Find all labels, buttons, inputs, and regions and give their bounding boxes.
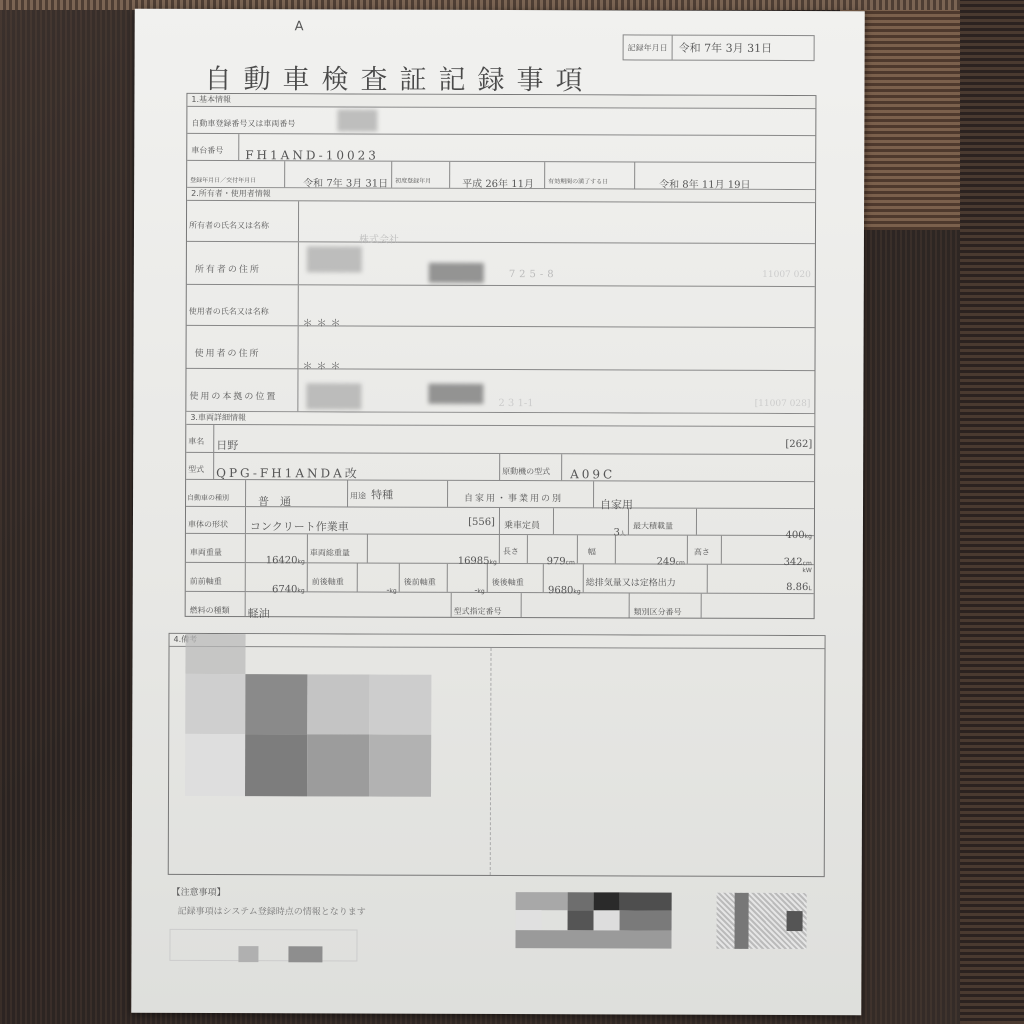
body-shape-value: コンクリート作業車 (250, 518, 349, 534)
model-row: 型式 QPG-FH1ANDA改 原動機の型式 A09C (186, 453, 814, 482)
capacity-label: 乗車定員 (504, 521, 540, 531)
kind-row: 自動車の種別 普 通 用途 特種 自家用・事業用の別 自家用 (186, 480, 814, 509)
record-form: 1.基本情報 自動車登録番号又は車両番号 車台番号 FH1AND-10023 登… (185, 93, 817, 619)
record-date-label: 記録年月日 (624, 35, 673, 59)
owner-address-value: 725-8 (509, 269, 558, 280)
first-reg-value: 平成 26年 11月 (462, 179, 534, 190)
page-mark: A (295, 19, 304, 34)
section-notes-heading: 4.備考 (170, 634, 825, 649)
rr-axle-label: 後後軸重 (492, 578, 524, 587)
redacted-block (185, 674, 245, 734)
body-shape-code: [556] (468, 517, 495, 528)
user-address-row: 使用者の住所 ＊＊＊ (186, 326, 814, 371)
notes-section: 4.備考 (168, 633, 826, 877)
user-name-label: 使用者の氏名又は名称 (189, 307, 269, 316)
expiry-value: 令和 8年 11月 19日 (659, 180, 750, 191)
displacement-value: 8.86 (786, 582, 808, 593)
displacement-label: 総排気量又は定格出力 (586, 578, 676, 588)
body-shape-label: 車体の形状 (188, 520, 228, 529)
width-label: 幅 (588, 547, 596, 556)
base-location-label: 使用の本拠の位置 (189, 392, 277, 402)
base-location-value: 2 3 1-1 (498, 398, 533, 409)
redacted-qr-group-2 (716, 893, 806, 949)
category-number-label: 類別区分番号 (634, 607, 682, 616)
fr-axle-label: 前後軸重 (312, 577, 344, 586)
user-address-label: 使用者の住所 (195, 349, 261, 359)
vehicle-kind-label: 自動車の種別 (187, 494, 229, 502)
redacted-block (307, 734, 369, 796)
redacted-footer-box (169, 929, 357, 962)
ff-axle-label: 前前軸重 (190, 577, 222, 586)
purpose-label: 用途 (350, 491, 366, 500)
base-location-row: 使用の本拠の位置 2 3 1-1 [11007 028] (186, 369, 814, 414)
redacted-block (307, 674, 369, 734)
base-location-code: [11007 028] (755, 399, 811, 409)
redacted-block (369, 735, 431, 797)
car-name-label: 車名 (188, 437, 204, 446)
reg-date-value: 令和 7年 3月 31日 (303, 178, 388, 189)
weight-dims-row: 車両重量 16420kg 車両総重量 16985kg 長さ 979cm 幅 24… (186, 534, 814, 565)
axle-row: 前前軸重 6740kg 前後軸重 -kg 後前軸重 -kg 後後軸重 9680k… (186, 563, 814, 594)
fuel-row: 燃料の種類 軽油 型式指定番号 類別区分番号 (186, 592, 814, 618)
reg-number-row: 自動車登録番号又は車両番号 (187, 107, 815, 136)
redacted-address-1 (307, 246, 362, 272)
owner-name-label: 所有者の氏名又は名称 (189, 221, 269, 230)
reg-date-label: 登録年月日／交付年月日 (190, 177, 256, 184)
expiry-label: 有効期間の満了する日 (548, 178, 608, 185)
owner-name-row: 所有者の氏名又は名称 株式会社 (187, 201, 815, 244)
car-name-value: 日野 (216, 437, 238, 453)
length-label: 長さ (503, 547, 519, 556)
inspection-certificate-sheet: A 自動車検査証記録事項 記録年月日 令和 7年 3月 31日 1.基本情報 自… (131, 9, 865, 1016)
caution-text: 記録事項はシステム登録時点の情報となります (178, 904, 366, 918)
purpose-value: 特種 (371, 489, 393, 502)
redacted-location-1 (306, 383, 361, 409)
notes-divider (490, 648, 492, 875)
document-title: 自動車検査証記録事項 (204, 57, 594, 97)
dates-row: 登録年月日／交付年月日 令和 7年 3月 31日 初度登録年月 平成 26年 1… (187, 161, 815, 190)
redacted-block (245, 674, 307, 734)
body-shape-row: 車体の形状 コンクリート作業車 [556] 乗車定員 3人 最大積載量 400k… (186, 507, 814, 536)
fuel-label: 燃料の種類 (190, 606, 230, 615)
first-reg-label: 初度登録年月 (395, 178, 431, 185)
redacted-reg-number (337, 109, 377, 131)
engine-model-label: 原動機の型式 (502, 467, 550, 476)
redacted-location-2 (428, 384, 483, 404)
user-name-row: 使用者の氏名又は名称 ＊＊＊ (187, 285, 815, 328)
redacted-block (369, 675, 431, 735)
record-date-value: 令和 7年 3月 31日 (673, 40, 773, 56)
redacted-qr-group-1 (515, 892, 671, 949)
chassis-row: 車台番号 FH1AND-10023 (187, 134, 815, 163)
redacted-block (185, 634, 245, 674)
record-date-box: 記録年月日 令和 7年 3月 31日 (623, 34, 815, 61)
engine-model-value: A09C (570, 467, 615, 481)
max-load-label: 最大積載量 (633, 521, 673, 530)
dark-mat-edge (960, 0, 1024, 1024)
gross-weight-label: 車両総重量 (310, 548, 350, 557)
fuel-value: 軽油 (248, 607, 270, 620)
chassis-label: 車台番号 (191, 146, 223, 155)
reg-number-label: 自動車登録番号又は車両番号 (191, 119, 295, 128)
redacted-address-2 (429, 263, 484, 283)
car-name-row: 車名 日野 [262] (186, 425, 814, 455)
weight-label: 車両重量 (190, 548, 222, 557)
height-label: 高さ (694, 548, 710, 557)
caution-heading: 【注意事項】 (172, 885, 226, 898)
redacted-block (185, 734, 245, 796)
car-name-code: [262] (785, 439, 812, 450)
owner-address-row: 所有者の住所 725-8 11007 020 (187, 242, 815, 287)
model-value: QPG-FH1ANDA改 (216, 466, 360, 481)
redacted-block (245, 734, 307, 796)
rf-axle-label: 後前軸重 (404, 578, 436, 587)
model-label: 型式 (188, 465, 204, 474)
private-business-label: 自家用・事業用の別 (464, 494, 563, 504)
owner-address-label: 所有者の住所 (195, 265, 261, 275)
type-designation-label: 型式指定番号 (454, 607, 502, 616)
owner-address-code: 11007 020 (762, 270, 811, 280)
